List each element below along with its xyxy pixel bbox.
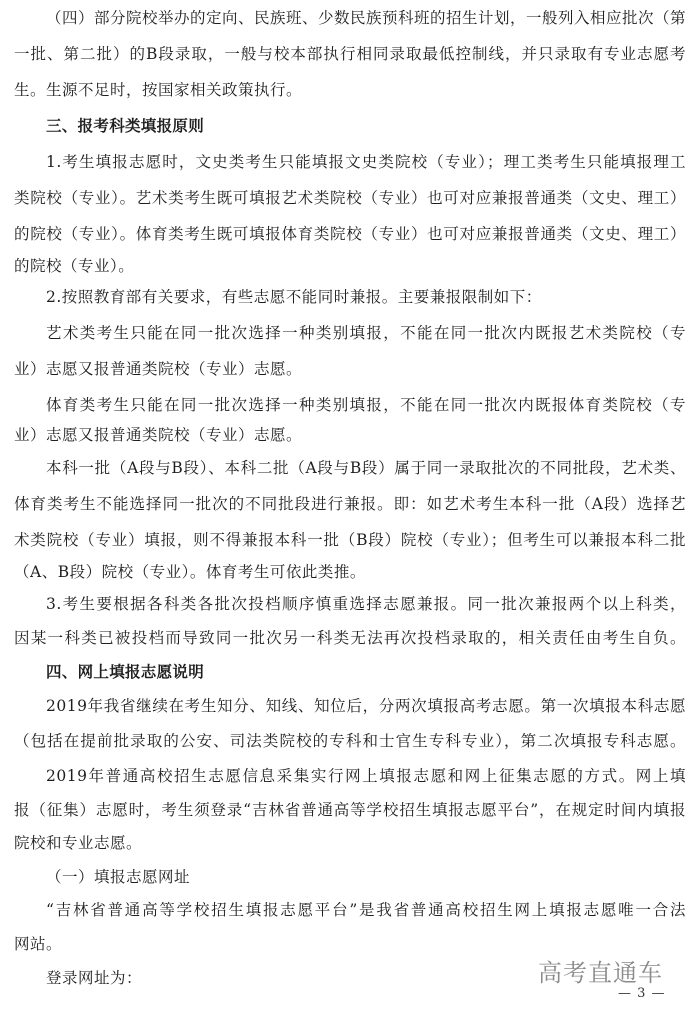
paragraph-line: 2.按照教育部有关要求，有些志愿不能同时兼报。主要兼报限制如下： (46, 287, 686, 307)
page-number: — 3 — (618, 986, 666, 1002)
paragraph-line: 体育类考生只能在同一批次选择一种类别填报，不能在同一批次内既报体育类院校（专 (46, 395, 686, 415)
paragraph-line: （四）部分院校举办的定向、民族班、少数民族预科班的招生计划，一般列入相应批次（第 (46, 8, 686, 28)
paragraph-line: 业）志愿又报普通类院校（专业）志愿。 (14, 359, 686, 379)
paragraph-line: 2019年普通高校招生志愿信息采集实行网上填报志愿和网上征集志愿的方式。网上填 (46, 766, 686, 786)
paragraph-line: 业）志愿又报普通类院校（专业）志愿。 (14, 425, 686, 445)
paragraph-line: 报（征集）志愿时，考生须登录“吉林省普通高等学校招生填报志愿平台”，在规定时间内… (14, 800, 686, 820)
document-page: （四）部分院校举办的定向、民族班、少数民族预科班的招生计划，一般列入相应批次（第… (0, 0, 696, 1015)
paragraph-line: 的院校（专业）。 (14, 256, 686, 276)
paragraph-line: 术类院校（专业）填报，则不得兼报本科一批（B段）院校（专业）；但考生可以兼报本科… (14, 530, 686, 550)
paragraph-line: “吉林省普通高等学校招生填报志愿平台”是我省普通高校招生网上填报志愿唯一合法 (46, 900, 686, 920)
paragraph-line: 生。生源不足时，按国家相关政策执行。 (14, 80, 686, 100)
paragraph-line: 艺术类考生只能在同一批次选择一种类别填报，不能在同一批次内既报艺术类院校（专 (46, 323, 686, 343)
paragraph-line: 2019年我省继续在考生知分、知线、知位后，分两次填报高考志愿。第一次填报本科志… (46, 696, 686, 716)
paragraph-line: （包括在提前批录取的公安、司法类院校的专科和士官生专科专业），第二次填报专科志愿… (14, 731, 686, 751)
subsection-heading: （一）填报志愿网址 (46, 867, 686, 887)
paragraph-line: 院校和专业志愿。 (14, 833, 686, 853)
section-heading-4: 四、网上填报志愿说明 (46, 662, 686, 682)
section-heading-3: 三、报考科类填报原则 (46, 116, 686, 136)
paragraph-line: 3.考生要根据各科类各批次投档顺序慎重选择志愿兼报。同一批次兼报两个以上科类， (46, 594, 686, 614)
paragraph-line: 本科一批（A段与B段）、本科二批（A段与B段）属于同一录取批次的不同批段，艺术类… (46, 458, 686, 478)
paragraph-line: 因某一科类已被投档而导致同一批次另一科类无法再次投档录取的，相关责任由考生自负。 (14, 628, 686, 648)
paragraph-line: 的院校（专业）。体育类考生既可填报体育类院校（专业）也可对应兼报普通类（文史、理… (14, 224, 686, 244)
watermark-text: 高考直通车 (538, 958, 663, 988)
paragraph-line: （A、B段）院校（专业）。体育考生可依此类推。 (14, 562, 686, 582)
paragraph-line: 类院校（专业）。艺术类考生既可填报艺术类院校（专业）也可对应兼报普通类（文史、理… (14, 188, 686, 208)
paragraph-line: 体育类考生不能选择同一批次的不同批段进行兼报。即：如艺术考生本科一批（A段）选择… (14, 494, 686, 514)
paragraph-line: 网站。 (14, 934, 686, 954)
paragraph-line: 1.考生填报志愿时，文史类考生只能填报文史类院校（专业）；理工类考生只能填报理工 (46, 152, 686, 172)
paragraph-line: 一批、第二批）的B段录取，一般与校本部执行相同录取最低控制线，并只录取有专业志愿… (14, 44, 686, 64)
